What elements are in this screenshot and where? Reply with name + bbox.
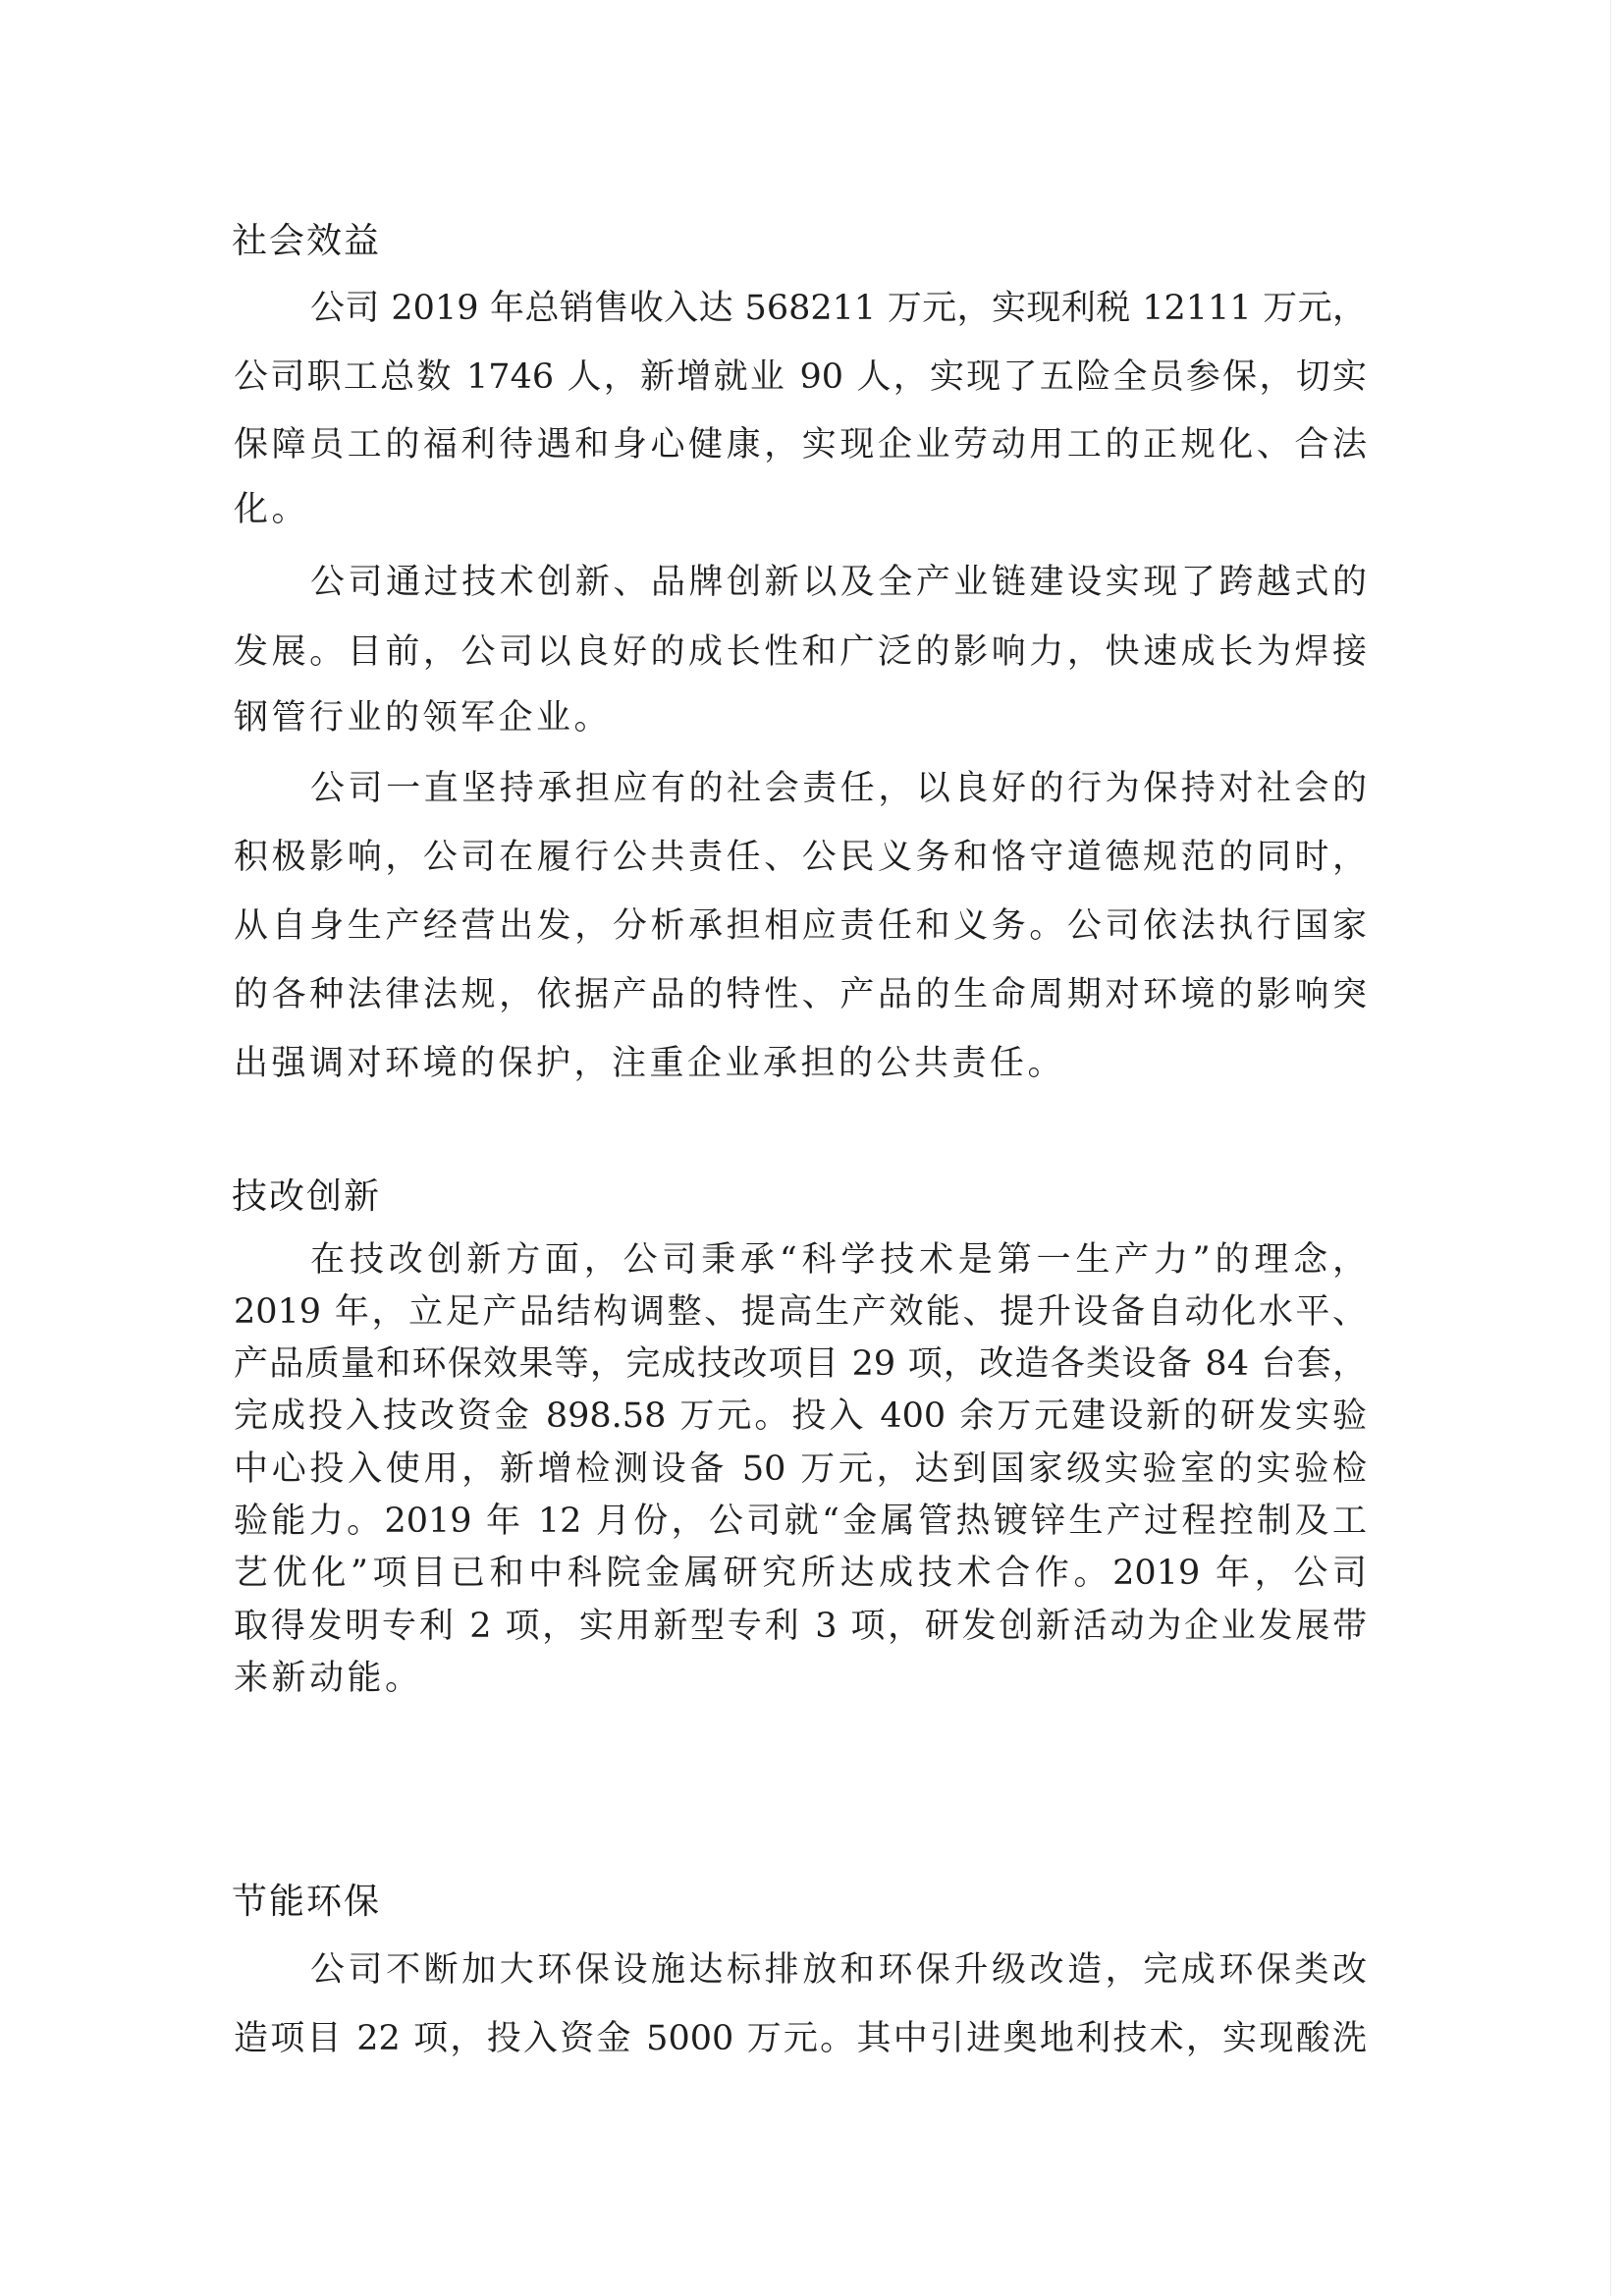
section-heading: 节能环保	[232, 1883, 381, 1922]
text-line: 积极影响，公司在履行公共责任、公民义务和恪守道德规范的同时，	[234, 838, 1367, 877]
text-line: 保障员工的福利待遇和身心健康，实现企业劳动用工的正规化、合法	[234, 425, 1367, 465]
text-line: 造项目 22 项，投入资金 5000 万元。其中引进奥地利技术，实现酸洗	[234, 2019, 1367, 2058]
text-line: 取得发明专利 2 项，实用新型专利 3 项，研发创新活动为企业发展带	[234, 1607, 1367, 1646]
text-line: 在技改创新方面，公司秉承“科学技术是第一生产力”的理念，	[310, 1240, 1367, 1280]
text-line: 公司不断加大环保设施达标排放和环保升级改造，完成环保类改	[310, 1950, 1367, 1990]
text-line: 公司通过技术创新、品牌创新以及全产业链建设实现了跨越式的	[310, 563, 1367, 602]
text-line: 来新动能。	[234, 1659, 423, 1698]
text-line: 钢管行业的领军企业。	[234, 698, 612, 738]
text-line: 发展。目前，公司以良好的成长性和广泛的影响力，快速成长为焊接	[234, 632, 1367, 672]
text-line: 出强调对环境的保护，注重企业承担的公共责任。	[234, 1044, 1065, 1083]
text-line: 中心投入使用，新增检测设备 50 万元，达到国家级实验室的实验检	[234, 1449, 1367, 1489]
text-line: 公司一直坚持承担应有的社会责任，以良好的行为保持对社会的	[310, 769, 1367, 808]
text-line: 艺优化”项目已和中科院金属研究所达成技术合作。2019 年，公司	[234, 1554, 1367, 1593]
text-line: 公司 2019 年总销售收入达 568211 万元，实现利税 12111 万元，	[310, 289, 1367, 328]
text-line: 产品质量和环保效果等，完成技改项目 29 项，改造各类设备 84 台套，	[234, 1344, 1367, 1384]
text-line: 化。	[234, 490, 309, 529]
scan-edge-line	[1610, 0, 1611, 2296]
section-heading: 技改创新	[232, 1177, 381, 1217]
document-page: 社会效益 公司 2019 年总销售收入达 568211 万元，实现利税 1211…	[0, 0, 1623, 2296]
text-line: 2019 年，立足产品结构调整、提高生产效能、提升设备自动化水平、	[234, 1292, 1367, 1332]
text-line: 完成投入技改资金 898.58 万元。投入 400 余万元建设新的研发实验	[234, 1396, 1367, 1436]
text-line: 的各种法律法规，依据产品的特性、产品的生命周期对环境的影响突	[234, 975, 1367, 1014]
text-line: 公司职工总数 1746 人，新增就业 90 人，实现了五险全员参保，切实	[234, 357, 1367, 397]
text-line: 从自身生产经营出发，分析承担相应责任和义务。公司依法执行国家	[234, 906, 1367, 946]
section-heading: 社会效益	[232, 222, 381, 261]
text-line: 验能力。2019 年 12 月份，公司就“金属管热镀锌生产过程控制及工	[234, 1502, 1367, 1541]
